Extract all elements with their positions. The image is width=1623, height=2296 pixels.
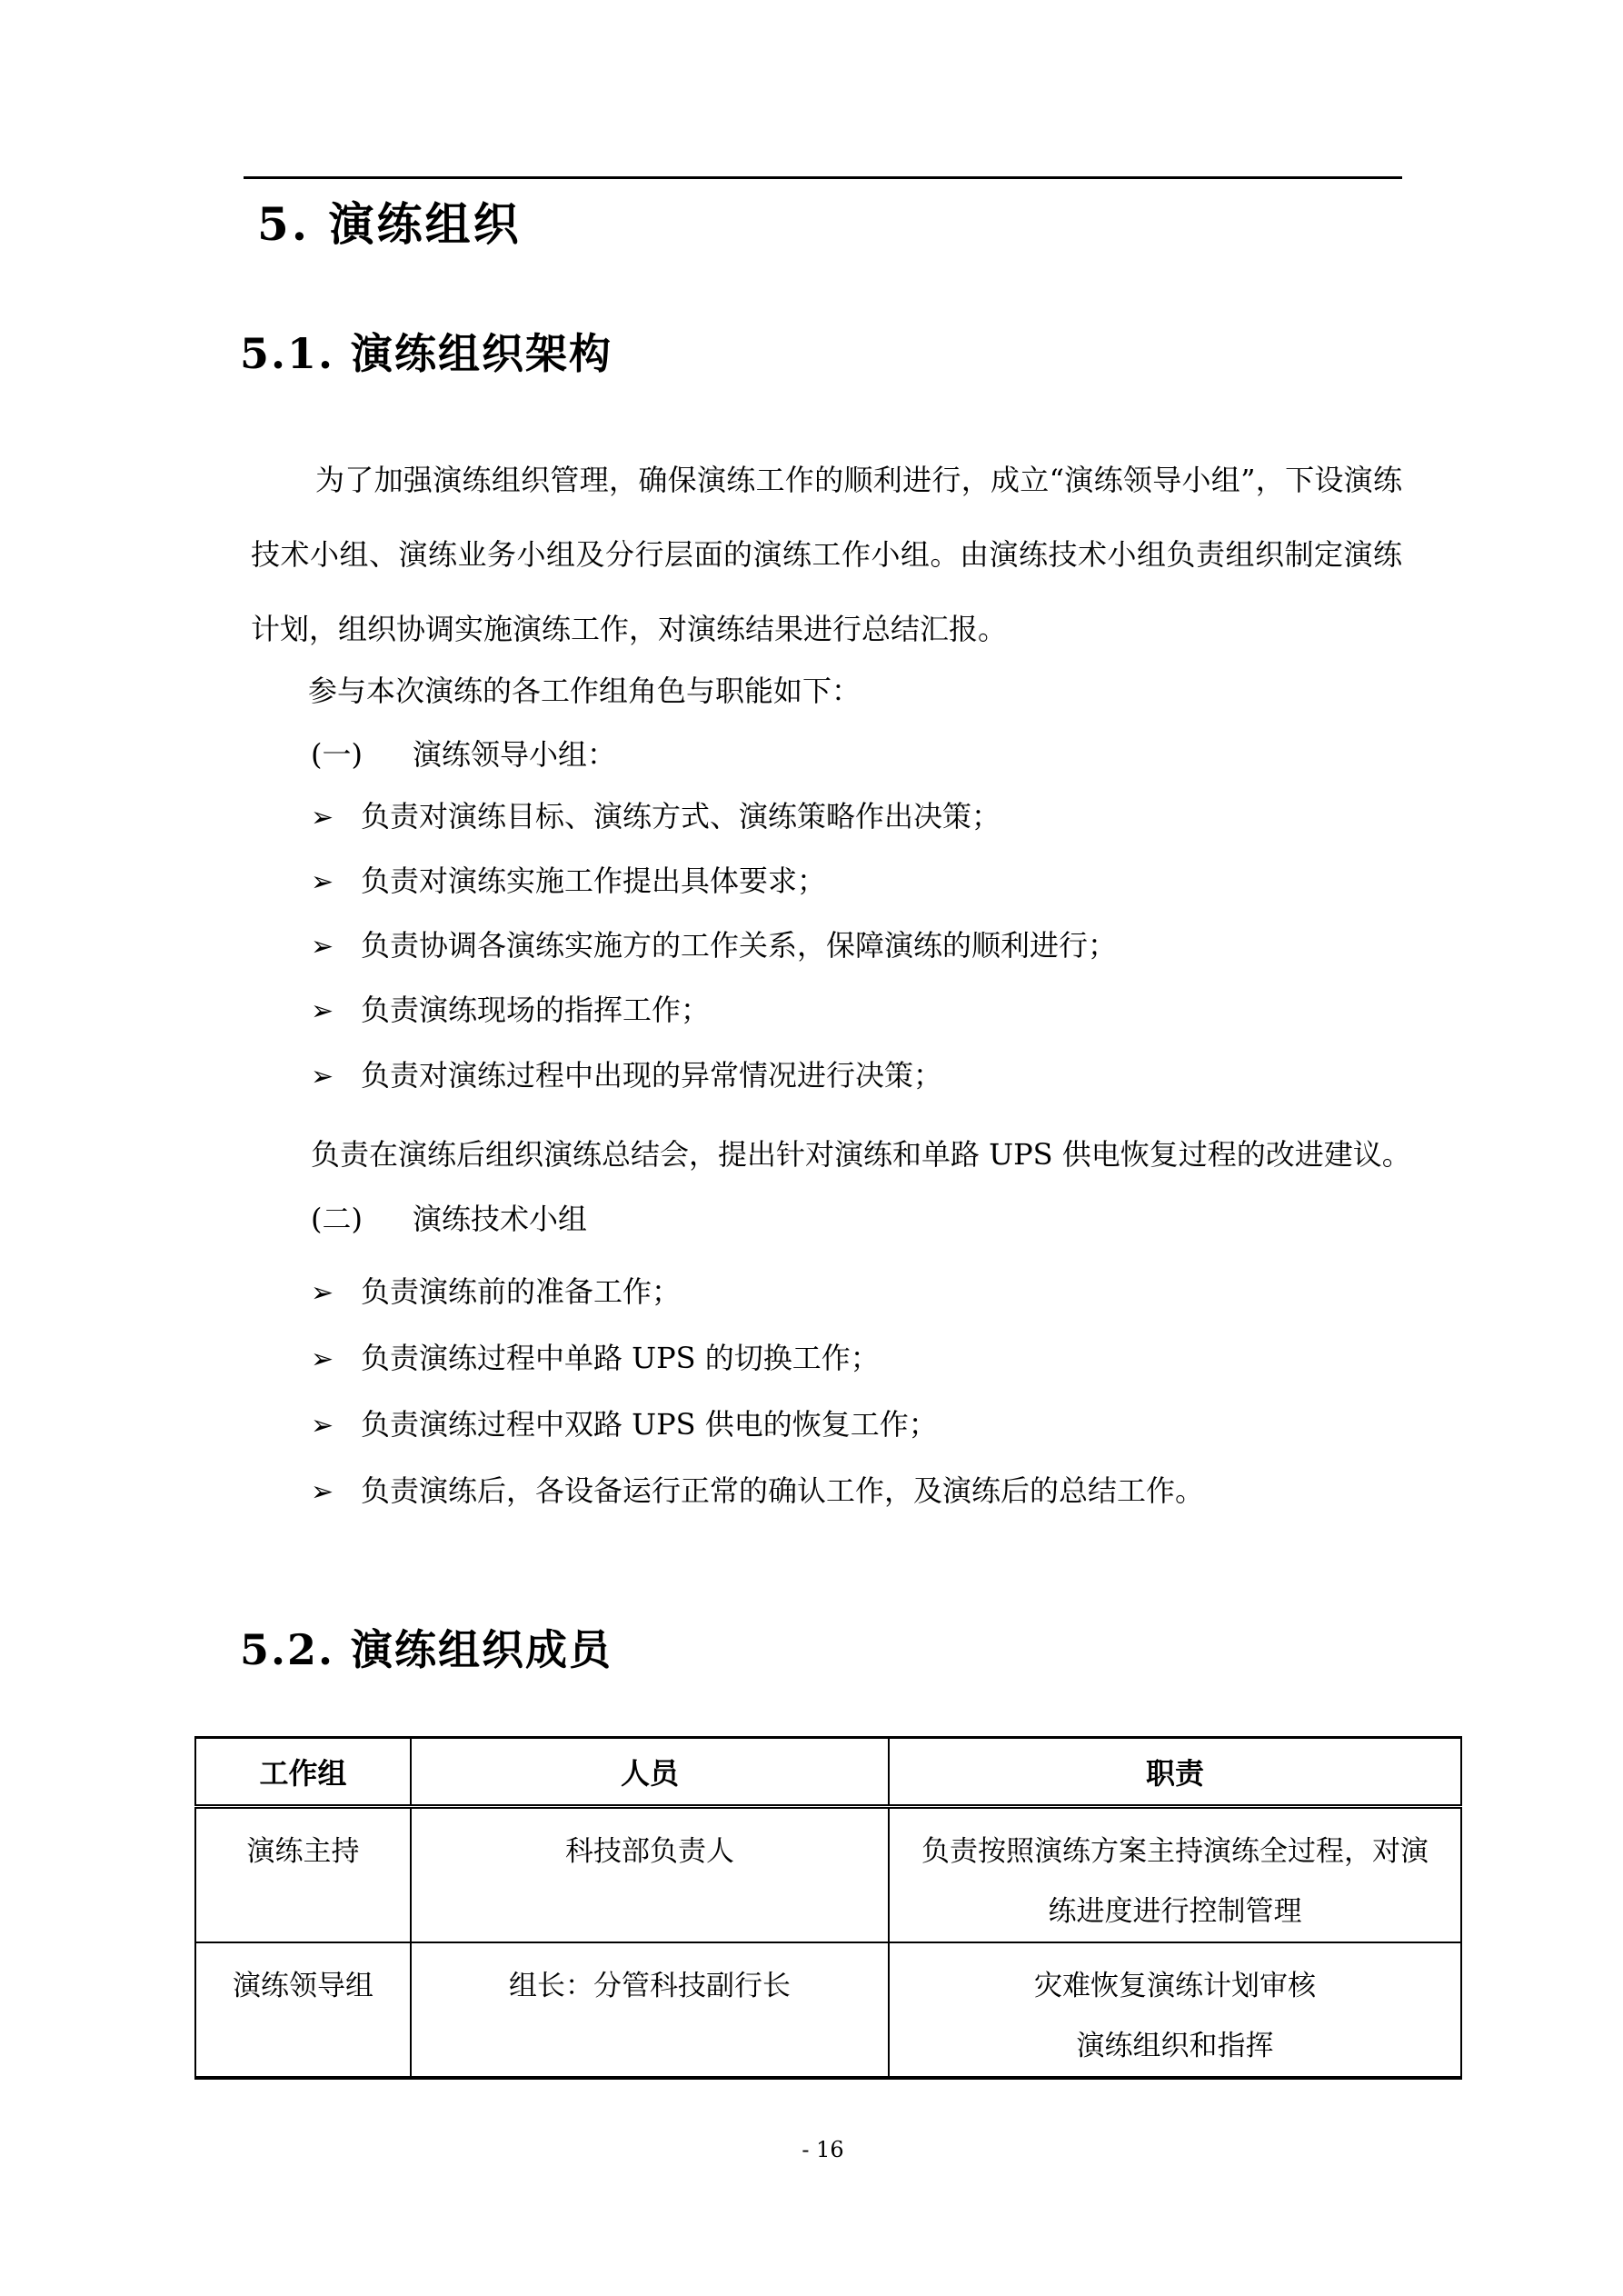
list-item: ➢ 负责对演练目标、演练方式、演练策略作出决策； — [311, 796, 1001, 838]
group1-label: (一)演练领导小组： — [311, 734, 616, 774]
bullet-text: 负责演练前的准备工作； — [361, 1272, 681, 1312]
list-item: ➢ 负责演练过程中双路 UPS 供电的恢复工作； — [311, 1404, 938, 1446]
arrowhead-bullet-icon: ➢ — [311, 1472, 361, 1512]
members-table: 工作组 人员 职责 演练主持 科技部负责人 负责按照演练方案主持演练全过程，对演… — [194, 1736, 1462, 2080]
bullet-text: 负责演练过程中单路 UPS 的切换工作； — [361, 1338, 880, 1378]
arrowhead-bullet-icon: ➢ — [311, 1406, 361, 1446]
list-item: ➢ 负责演练前的准备工作； — [311, 1272, 681, 1313]
duty-line: 练进度进行控制管理 — [895, 1882, 1455, 1942]
duty-line: 演练组织和指挥 — [895, 2016, 1455, 2076]
intro-paragraph: 为了加强演练组织管理，确保演练工作的顺利进行，成立“演练领导小组”，下设演练技术… — [251, 443, 1402, 666]
arrowhead-bullet-icon: ➢ — [311, 1057, 361, 1097]
col-header-workgroup: 工作组 — [195, 1738, 411, 1807]
bullet-text: 负责演练现场的指挥工作； — [361, 990, 710, 1030]
list-item: ➢ 负责演练后，各设备运行正常的确认工作，及演练后的总结工作。 — [311, 1471, 1204, 1512]
group2-label: (二)演练技术小组 — [311, 1199, 587, 1239]
cell-person: 组长：分管科技副行长 — [411, 1942, 889, 2078]
page-number: - 16 — [244, 2136, 1402, 2163]
group1-number: (一) — [311, 737, 363, 772]
arrowhead-bullet-icon: ➢ — [311, 863, 361, 903]
cell-person: 科技部负责人 — [411, 1807, 889, 1943]
heading-rule — [244, 176, 1402, 179]
table-row: 演练领导组 组长：分管科技副行长 灾难恢复演练计划审核 演练组织和指挥 — [195, 1942, 1461, 2078]
arrowhead-bullet-icon: ➢ — [311, 1340, 361, 1380]
cell-duty: 灾难恢复演练计划审核 演练组织和指挥 — [889, 1942, 1461, 2078]
arrowhead-bullet-icon: ➢ — [311, 927, 361, 967]
group1-title: 演练领导小组： — [413, 737, 616, 772]
group2-title: 演练技术小组 — [413, 1202, 587, 1236]
list-item: ➢ 负责演练现场的指挥工作； — [311, 990, 710, 1032]
table-header-row: 工作组 人员 职责 — [195, 1738, 1461, 1807]
list-item: ➢ 负责演练过程中单路 UPS 的切换工作； — [311, 1338, 880, 1380]
list-item: ➢ 负责对演练过程中出现的异常情况进行决策； — [311, 1055, 942, 1097]
group2-number: (二) — [311, 1202, 363, 1236]
bullet-text: 负责演练后，各设备运行正常的确认工作，及演练后的总结工作。 — [361, 1471, 1204, 1511]
section-5-heading: 5. 演练组织 — [257, 196, 522, 253]
group1-note-line: 负责在演练后组织演练总结会，提出针对演练和单路 UPS 供电恢复过程的改进建议。 — [311, 1134, 1411, 1174]
document-page: 5. 演练组织 5.1. 演练组织架构 为了加强演练组织管理，确保演练工作的顺利… — [0, 0, 1623, 2296]
bullet-text: 负责对演练实施工作提出具体要求； — [361, 861, 826, 901]
section-5-1-heading: 5.1. 演练组织架构 — [240, 327, 612, 380]
bullet-text: 负责对演练过程中出现的异常情况进行决策； — [361, 1055, 942, 1095]
duty-line: 灾难恢复演练计划审核 — [895, 1956, 1455, 2016]
cell-duty: 负责按照演练方案主持演练全过程，对演 练进度进行控制管理 — [889, 1807, 1461, 1943]
bullet-text: 负责协调各演练实施方的工作关系，保障演练的顺利进行； — [361, 925, 1117, 965]
arrowhead-bullet-icon: ➢ — [311, 992, 361, 1032]
section-5-2-heading: 5.2. 演练组织成员 — [240, 1623, 612, 1676]
bullet-text: 负责对演练目标、演练方式、演练策略作出决策； — [361, 796, 1001, 836]
list-item: ➢ 负责协调各演练实施方的工作关系，保障演练的顺利进行； — [311, 925, 1117, 967]
col-header-person: 人员 — [411, 1738, 889, 1807]
roles-intro-line: 参与本次演练的各工作组角色与职能如下： — [308, 671, 861, 711]
col-header-duty: 职责 — [889, 1738, 1461, 1807]
bullet-text: 负责演练过程中双路 UPS 供电的恢复工作； — [361, 1404, 938, 1444]
duty-line: 负责按照演练方案主持演练全过程，对演 — [895, 1822, 1455, 1882]
arrowhead-bullet-icon: ➢ — [311, 1273, 361, 1313]
list-item: ➢ 负责对演练实施工作提出具体要求； — [311, 861, 826, 903]
arrowhead-bullet-icon: ➢ — [311, 798, 361, 838]
table-row: 演练主持 科技部负责人 负责按照演练方案主持演练全过程，对演 练进度进行控制管理 — [195, 1807, 1461, 1943]
cell-workgroup: 演练领导组 — [195, 1942, 411, 2078]
cell-workgroup: 演练主持 — [195, 1807, 411, 1943]
